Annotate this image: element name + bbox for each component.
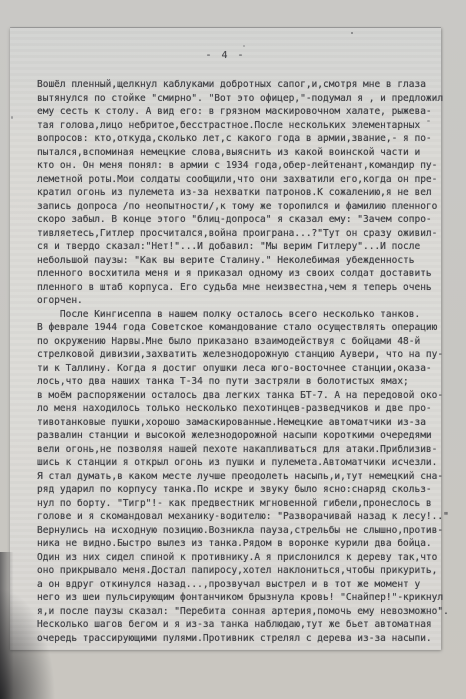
document-page: - 4 - Вошёл пленный,щелкнул каблуками до… [10, 28, 441, 650]
document-body-text: Вошёл пленный,щелкнул каблуками добротны… [37, 78, 441, 645]
page-number: - 4 - [10, 50, 441, 61]
scan-speckle [11, 116, 13, 119]
scan-speckle [351, 32, 353, 34]
scanned-document: - 4 - Вошёл пленный,щелкнул каблуками до… [0, 0, 466, 699]
scan-speckle [243, 45, 245, 47]
scan-speckle [427, 120, 430, 122]
